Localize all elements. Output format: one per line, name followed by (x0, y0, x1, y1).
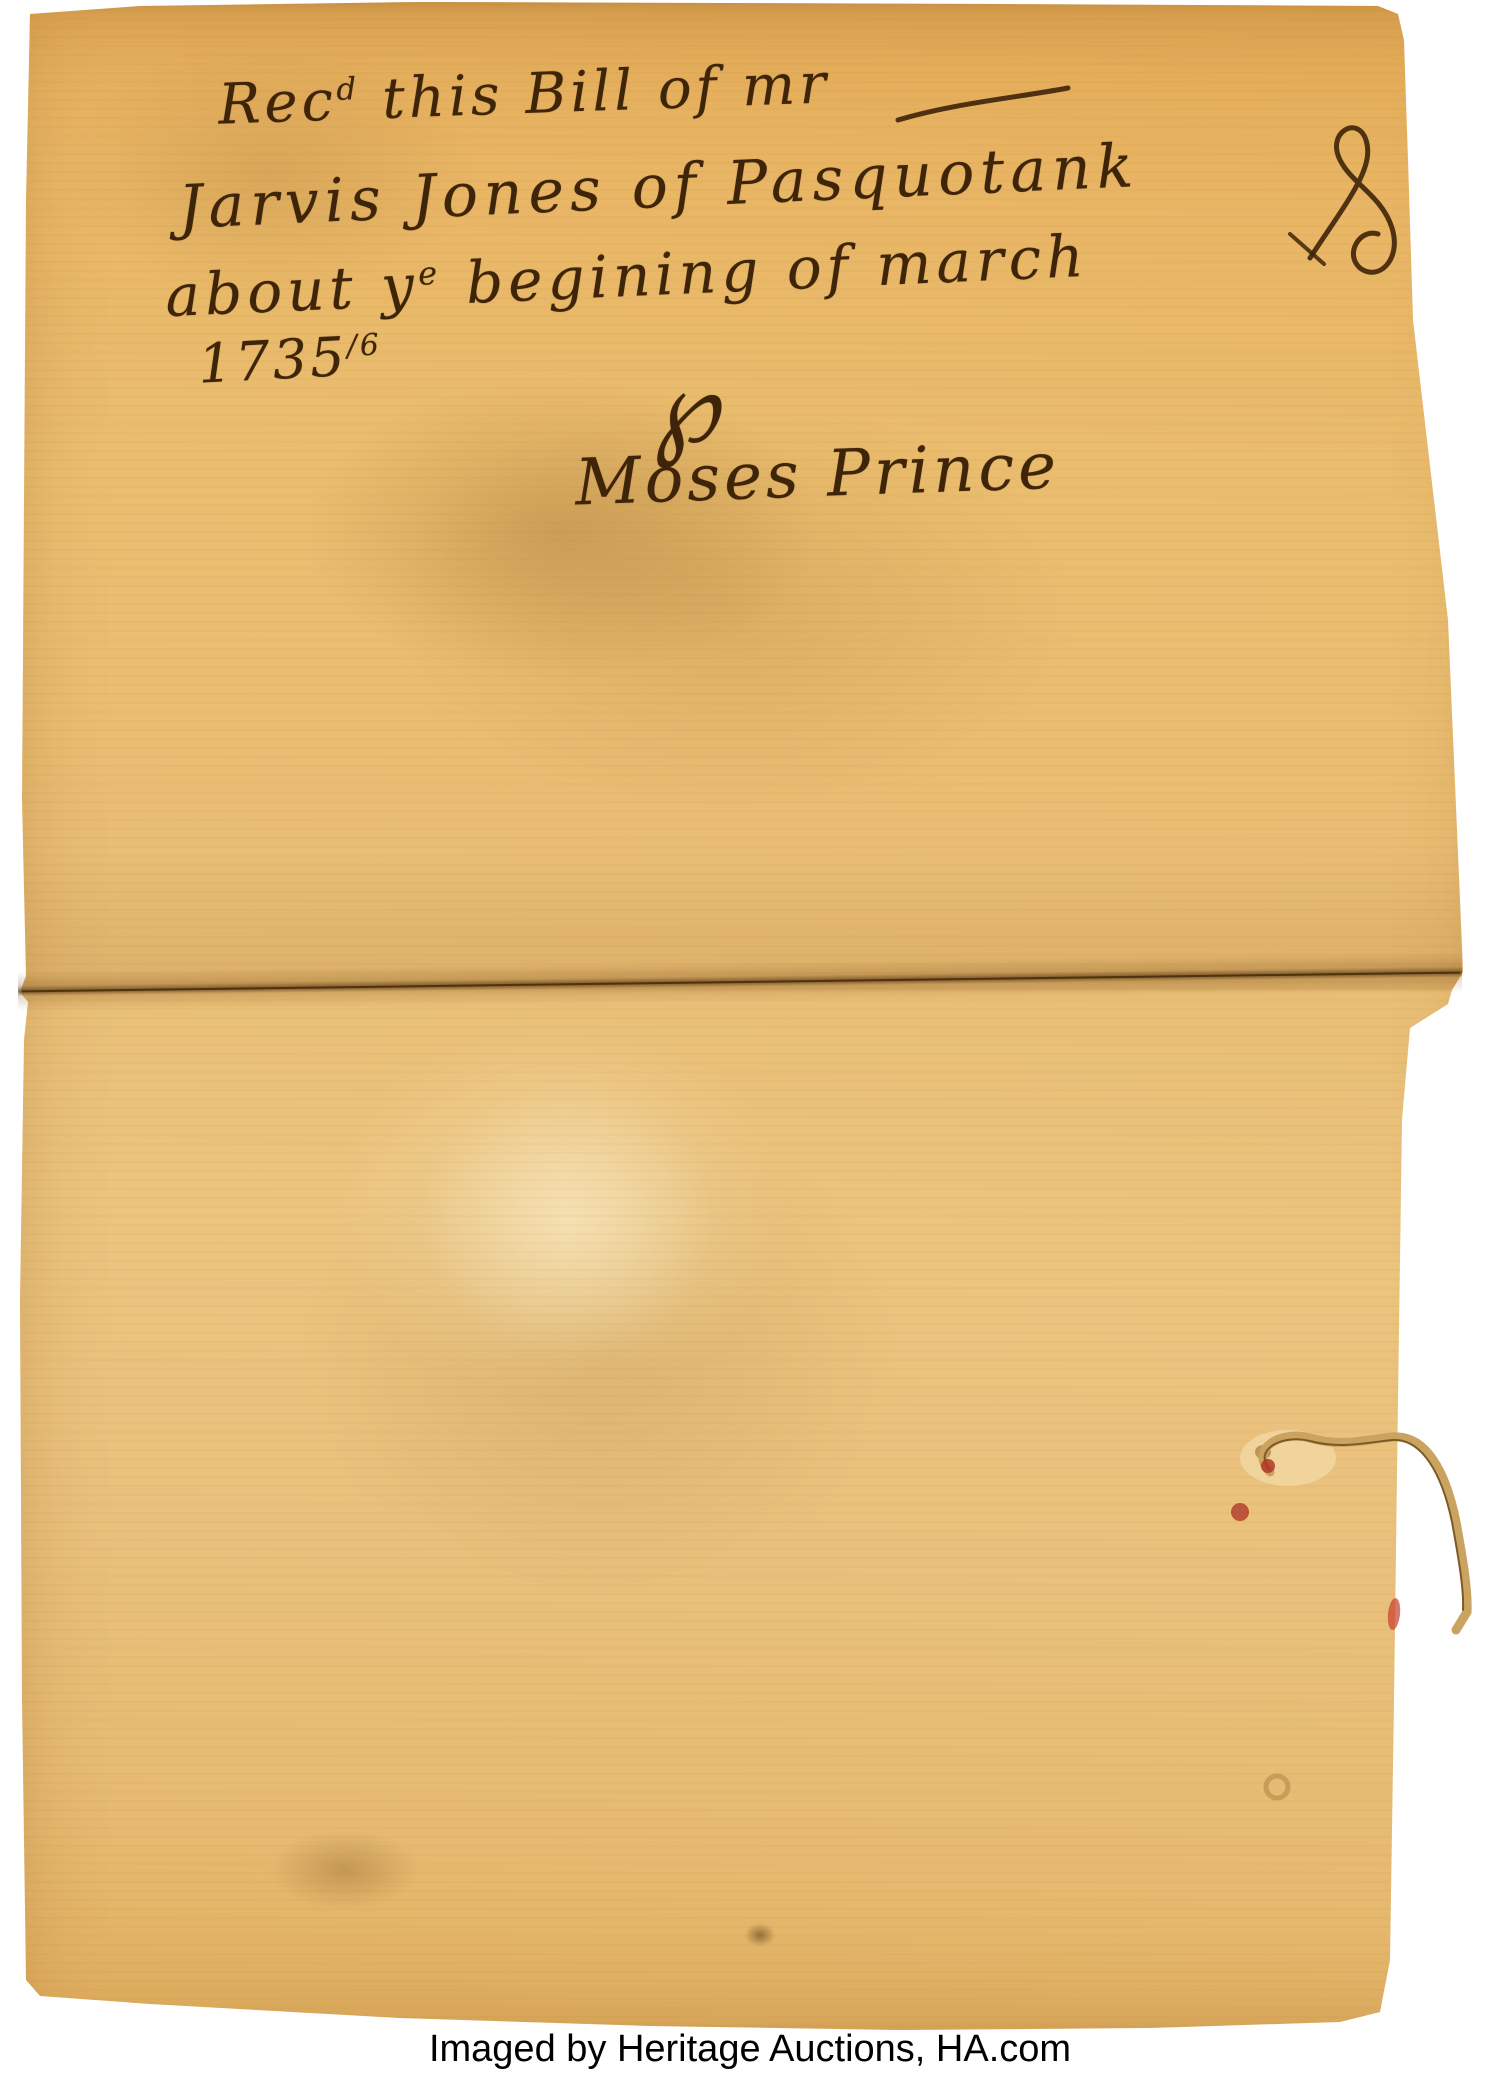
wax-seal-remnant-1 (1261, 1459, 1275, 1473)
wax-seal-remnant-2 (1231, 1503, 1249, 1521)
image-credit-caption: Imaged by Heritage Auctions, HA.com (0, 2028, 1500, 2071)
photograph-stage: Recd this Bill of mr Jarvis Jones of Pas… (0, 0, 1500, 2073)
ink-and-string-overlay (0, 0, 1500, 2073)
wax-smudge-edge (1386, 1597, 1401, 1630)
edge-flourish-mark (1310, 128, 1394, 272)
wormhole-blemish (1266, 1776, 1288, 1798)
line1-flourish-dash (898, 88, 1068, 120)
caption-text: Imaged by Heritage Auctions, HA.com (429, 2028, 1071, 2070)
